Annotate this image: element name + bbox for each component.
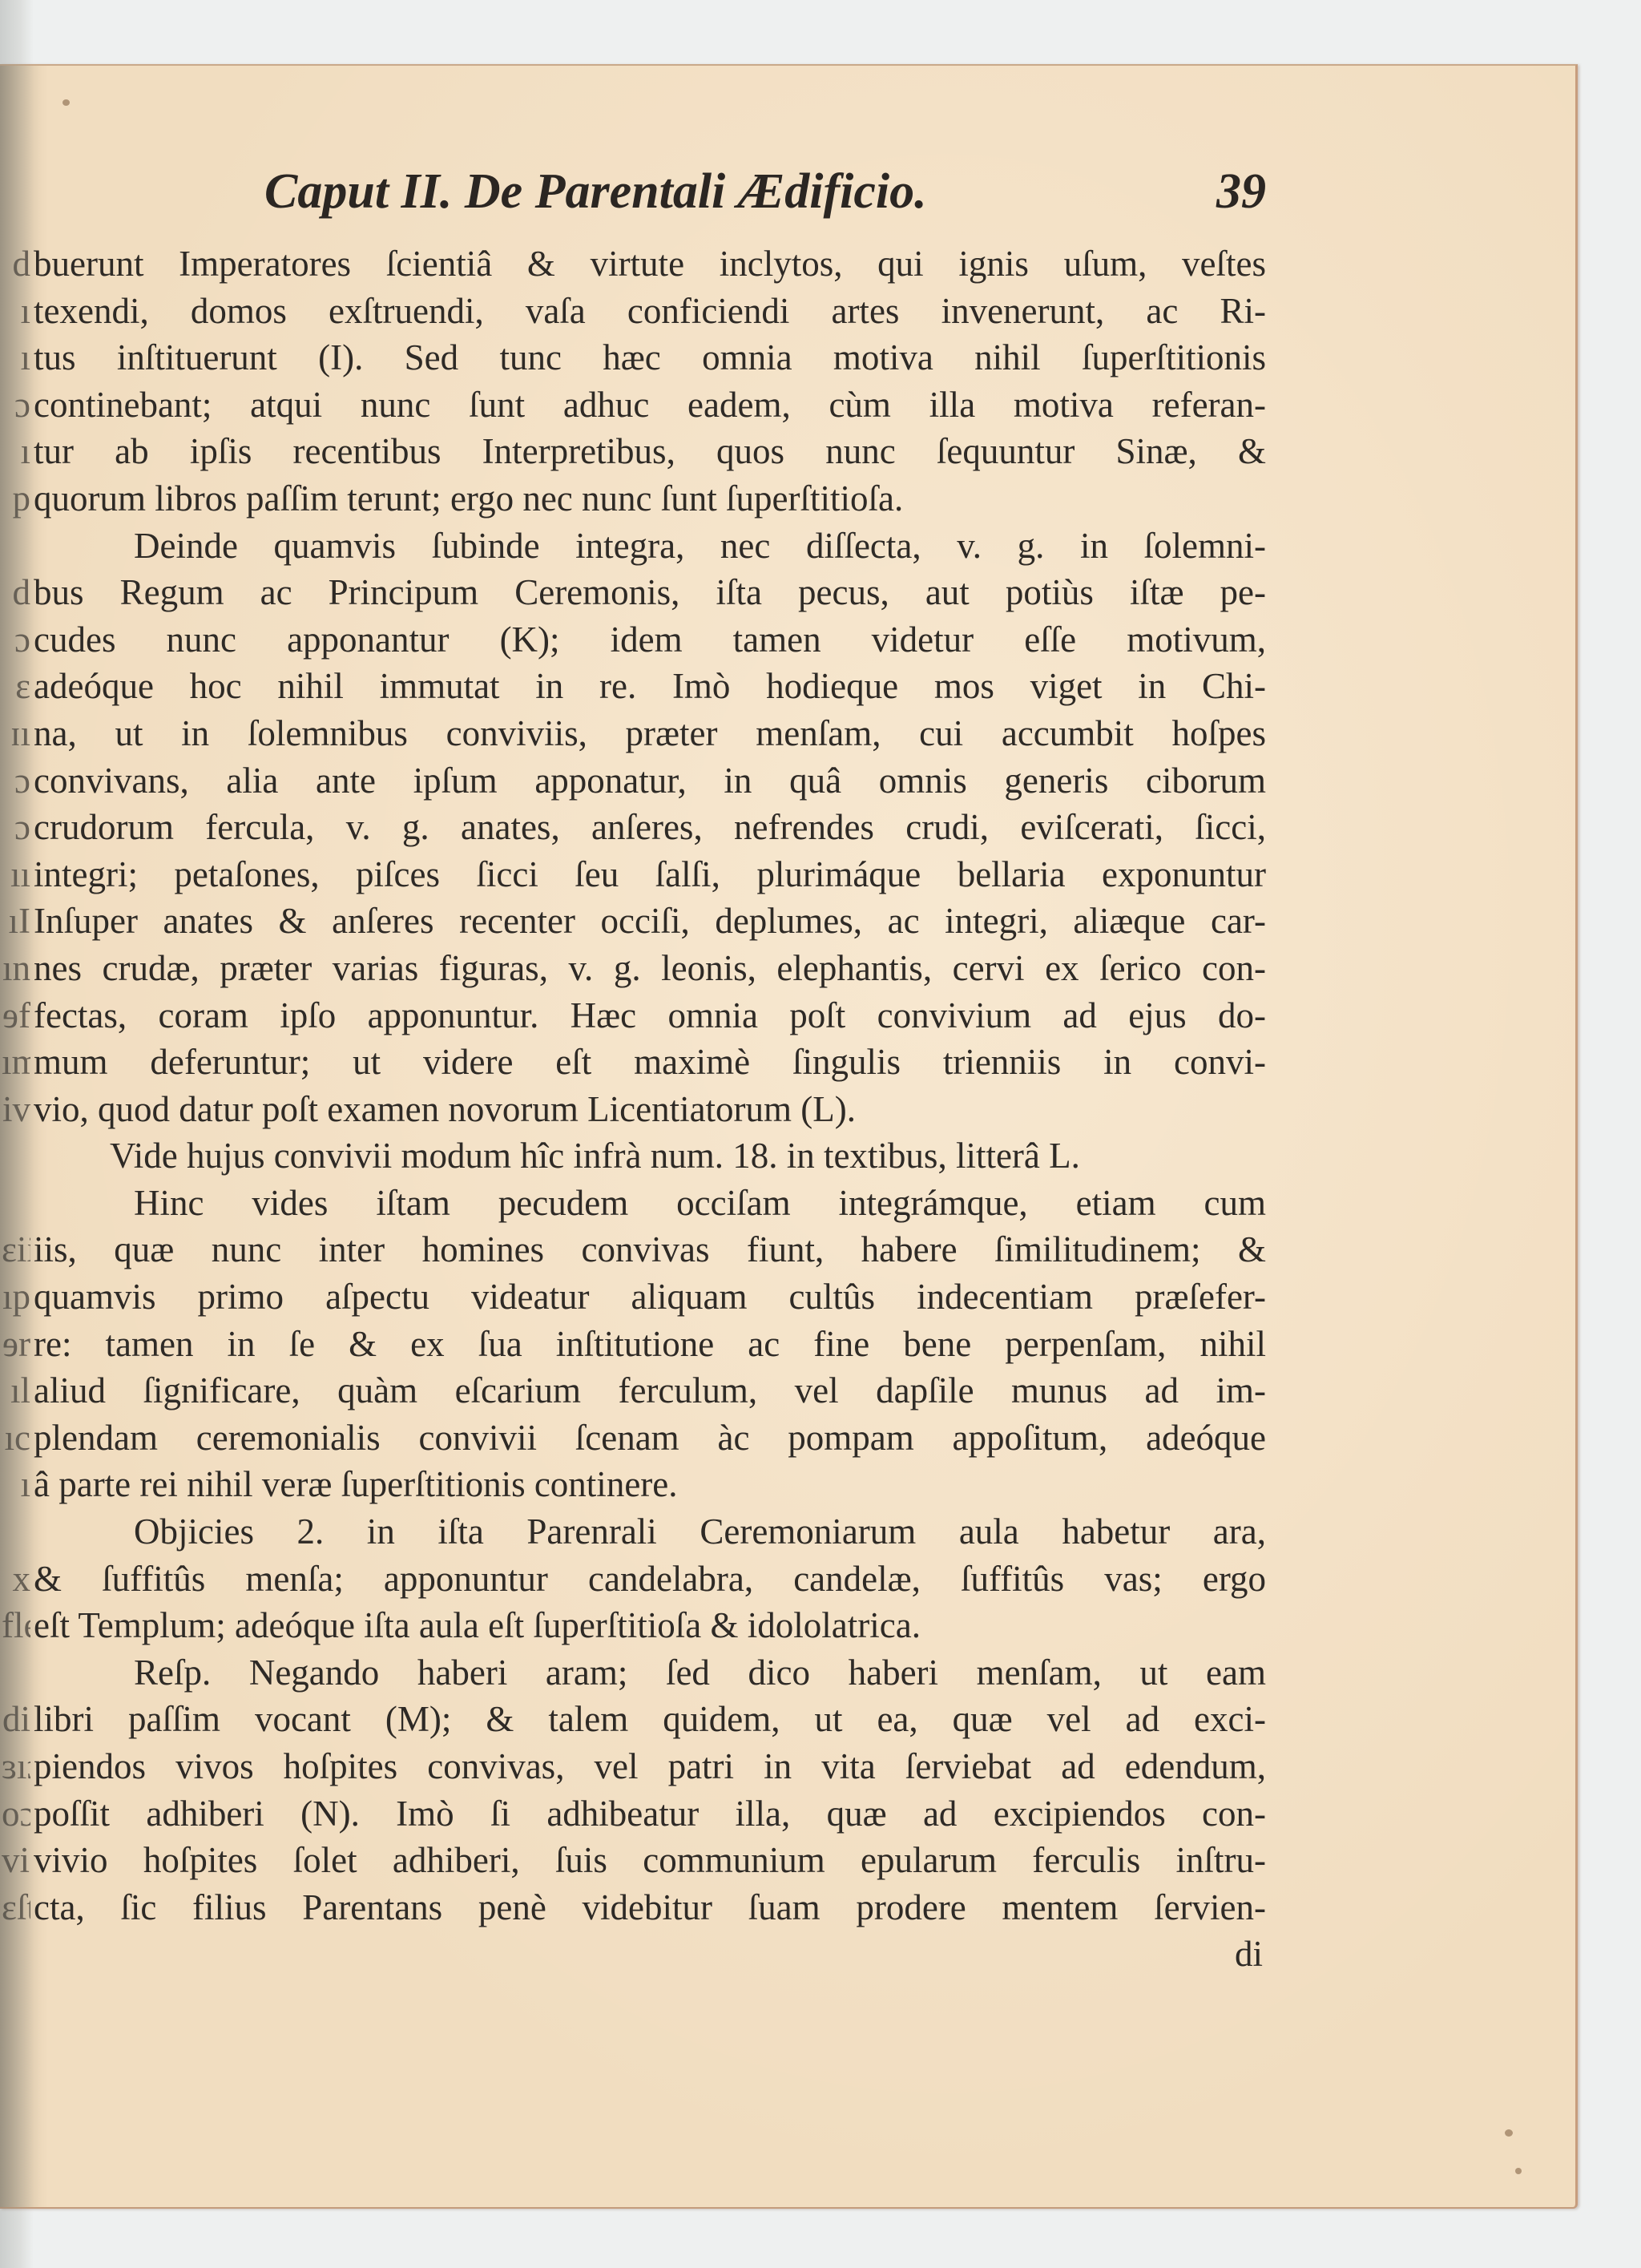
line-text: texendi, domos exſtruendi, vaſa conficie… — [34, 288, 1266, 335]
facing-page-fragment: ɔ — [2, 757, 30, 805]
facing-page-fragment: ıI — [2, 898, 30, 945]
facing-page-fragment: ɔ — [2, 804, 30, 851]
facing-page-fragment: di — [2, 1696, 30, 1743]
text-line: ııintegri; petaſones, piſces ſicci ſeu ſ… — [34, 851, 1266, 898]
line-text: mum deferuntur; ut videre eſt maximè ſin… — [34, 1039, 1266, 1086]
text-line: ɔcudes nunc apponantur (K); idem tamen v… — [34, 616, 1266, 664]
line-text: poſſit adhiberi (N). Imò ſi adhibeatur i… — [34, 1790, 1266, 1838]
text-line: Vide hujus convivii modum hîc infrà num.… — [34, 1132, 1266, 1180]
facing-page-fragment: ɘf — [2, 992, 30, 1039]
line-text: â parte rei nihil veræ ſuperſtitionis co… — [34, 1461, 678, 1508]
line-text: vio, quod datur poſt examen novorum Lice… — [34, 1086, 856, 1133]
line-text: tus inſtituerunt (I). Sed tunc hæc omnia… — [34, 334, 1266, 381]
body-text: dbuerunt Imperatores ſcientiâ & virtute … — [34, 240, 1266, 1978]
facing-page-fragment: ɛſt — [2, 1884, 30, 1931]
foxing-spot — [1505, 2129, 1513, 2137]
text-line: Objicies 2. in iſta Parenrali Ceremoniar… — [34, 1508, 1266, 1556]
text-line: ıpquamvis primo aſpectu videatur aliquam… — [34, 1273, 1266, 1321]
text-line: ɛiiiiis, quæ nunc inter homines convivas… — [34, 1226, 1266, 1273]
line-text: piendos vivos hoſpites convivas, vel pat… — [34, 1743, 1266, 1790]
line-text: quorum libros paſſim terunt; ergo nec nu… — [34, 475, 903, 523]
facing-page-fragment: d — [2, 240, 30, 288]
facing-page-fragment: ı — [2, 428, 30, 475]
text-line: ıtus inſtituerunt (I). Sed tunc hæc omni… — [34, 334, 1266, 381]
line-text: nes crudæ, præter varias figuras, v. g. … — [34, 945, 1266, 992]
line-text: cudes nunc apponantur (K); idem tamen vi… — [34, 616, 1266, 664]
line-text: fectas, coram ipſo apponuntur. Hæc omnia… — [34, 992, 1266, 1039]
facing-page-fragment: fle — [2, 1602, 30, 1649]
facing-page-fragment: ɜıɔ — [2, 1743, 30, 1790]
line-text: eſt Templum; adeóque iſta aula eſt ſuper… — [34, 1602, 921, 1649]
text-line: Hinc vides iſtam pecudem occiſam integrá… — [34, 1180, 1266, 1227]
line-text: plendam ceremonialis convivii ſcenam àc … — [34, 1414, 1266, 1462]
catchword: di — [34, 1931, 1266, 1978]
text-line: ɘffectas, coram ipſo apponuntur. Hæc omn… — [34, 992, 1266, 1039]
foxing-spot — [62, 99, 70, 106]
facing-page-fragment: ıp — [2, 1273, 30, 1321]
facing-page-fragment: iv — [2, 1086, 30, 1133]
line-text: re: tamen in ſe & ex ſua inſtitutione ac… — [34, 1321, 1266, 1368]
facing-page-fragment: ı — [2, 288, 30, 335]
line-text: cta, ſic filius Parentans penè videbitur… — [34, 1884, 1266, 1931]
line-text: Objicies 2. in iſta Parenrali Ceremoniar… — [134, 1508, 1266, 1556]
line-text: vivio hoſpites ſolet adhiberi, ſuis comm… — [34, 1837, 1266, 1884]
text-line: ıtexendi, domos exſtruendi, vaſa confici… — [34, 288, 1266, 335]
text-line: Reſp. Negando haberi aram; ſed dico habe… — [34, 1649, 1266, 1697]
running-header: Caput II. De Parentali Ædificio. 39 — [264, 155, 1266, 228]
text-line: ɔcontinebant; atqui nunc ſunt adhuc eade… — [34, 381, 1266, 429]
text-line: dilibri paſſim vocant (M); & talem quide… — [34, 1696, 1266, 1743]
text-line: ɛſtcta, ſic filius Parentans penè videbi… — [34, 1884, 1266, 1931]
facing-page-fragment: ın — [2, 945, 30, 992]
line-text: adeóque hoc nihil immutat in re. Imò hod… — [34, 663, 1266, 710]
text-line: ıtur ab ipſis recentibus Interpretibus, … — [34, 428, 1266, 475]
line-text: Hinc vides iſtam pecudem occiſam integrá… — [134, 1180, 1266, 1227]
foxing-spot — [1515, 2168, 1522, 2174]
facing-page-fragment: x — [2, 1556, 30, 1603]
text-line: dbus Regum ac Principum Ceremonis, iſta … — [34, 569, 1266, 616]
line-text: Vide hujus convivii modum hîc infrà num.… — [110, 1132, 1080, 1180]
line-text: bus Regum ac Principum Ceremonis, iſta p… — [34, 569, 1266, 616]
facing-page-fragment: ı — [2, 334, 30, 381]
text-line: ɛadeóque hoc nihil immutat in re. Imò ho… — [34, 663, 1266, 710]
text-line: ıcplendam ceremonialis convivii ſcenam à… — [34, 1414, 1266, 1462]
running-title: Caput II. De Parentali Ædificio. — [264, 155, 927, 228]
line-text: Reſp. Negando haberi aram; ſed dico habe… — [134, 1649, 1266, 1697]
facing-page-fragment: ı — [2, 1461, 30, 1508]
line-text: quamvis primo aſpectu videatur aliquam c… — [34, 1273, 1266, 1321]
text-line: x& ſuffitûs menſa; apponuntur candelabra… — [34, 1556, 1266, 1603]
facing-page-fragment: vi' — [2, 1837, 30, 1884]
line-text: iis, quæ nunc inter homines convivas fiu… — [34, 1226, 1266, 1273]
page-number: 39 — [1216, 155, 1266, 228]
text-line: vi'vivio hoſpites ſolet adhiberi, ſuis c… — [34, 1837, 1266, 1884]
facing-page-fragment: ım — [2, 1039, 30, 1086]
text-line: ɔcrudorum fercula, v. g. anates, anſeres… — [34, 804, 1266, 851]
text-line: ıIInſuper anates & anſeres recenter occi… — [34, 898, 1266, 945]
line-text: convivans, alia ante ipſum apponatur, in… — [34, 757, 1266, 805]
line-text: libri paſſim vocant (M); & talem quidem,… — [34, 1696, 1266, 1743]
book-page: Caput II. De Parentali Ædificio. 39 dbue… — [0, 64, 1578, 2209]
facing-page-fragment: oɔ — [2, 1790, 30, 1838]
facing-page-fragment: ɛiii — [2, 1226, 30, 1273]
line-text: tur ab ipſis recentibus Interpretibus, q… — [34, 428, 1266, 475]
text-line: oɔpoſſit adhiberi (N). Imò ſi adhibeatur… — [34, 1790, 1266, 1838]
catchword-text: di — [34, 1931, 1266, 1978]
facing-page-fragment: ɛ — [2, 663, 30, 710]
line-text: buerunt Imperatores ſcientiâ & virtute i… — [34, 240, 1266, 288]
line-text: crudorum fercula, v. g. anates, anſeres,… — [34, 804, 1266, 851]
line-text: na, ut in ſolemnibus conviviis, præter m… — [34, 710, 1266, 757]
text-line: dbuerunt Imperatores ſcientiâ & virtute … — [34, 240, 1266, 288]
facing-page-fragment: d — [2, 569, 30, 616]
facing-page-fragment: p — [2, 475, 30, 523]
text-line: ɘrre: tamen in ſe & ex ſua inſtitutione … — [34, 1321, 1266, 1368]
line-text: integri; petaſones, piſces ſicci ſeu ſal… — [34, 851, 1266, 898]
facing-page-fragment: ɘr — [2, 1321, 30, 1368]
facing-page-fragment: ıı — [2, 851, 30, 898]
text-line: ivvio, quod datur poſt examen novorum Li… — [34, 1086, 1266, 1133]
text-line: ɔconvivans, alia ante ipſum apponatur, i… — [34, 757, 1266, 805]
text-line: fleeſt Templum; adeóque iſta aula eſt ſu… — [34, 1602, 1266, 1649]
line-text: Inſuper anates & anſeres recenter occiſi… — [34, 898, 1266, 945]
facing-page-fragment: ɔ — [2, 381, 30, 429]
facing-page-fragment: ɪı — [2, 710, 30, 757]
line-text: Deinde quamvis ſubinde integra, nec diſſ… — [134, 523, 1266, 570]
line-text: aliud ſignificare, quàm eſcarium ferculu… — [34, 1367, 1266, 1414]
line-text: & ſuffitûs menſa; apponuntur candelabra,… — [34, 1556, 1266, 1603]
text-line: ıâ parte rei nihil veræ ſuperſtitionis c… — [34, 1461, 1266, 1508]
text-line: ınnes crudæ, præter varias figuras, v. g… — [34, 945, 1266, 992]
text-line: Deinde quamvis ſubinde integra, nec diſſ… — [34, 523, 1266, 570]
text-line: ılaliud ſignificare, quàm eſcarium fercu… — [34, 1367, 1266, 1414]
text-line: ımmum deferuntur; ut videre eſt maximè ſ… — [34, 1039, 1266, 1086]
line-text: continebant; atqui nunc ſunt adhuc eadem… — [34, 381, 1266, 429]
facing-page-fragment: ıc — [2, 1414, 30, 1462]
text-line: ɜıɔpiendos vivos hoſpites convivas, vel … — [34, 1743, 1266, 1790]
facing-page-fragment: ɔ — [2, 616, 30, 664]
text-line: ɪına, ut in ſolemnibus conviviis, præter… — [34, 710, 1266, 757]
facing-page-fragment: ıl — [2, 1367, 30, 1414]
text-line: pquorum libros paſſim terunt; ergo nec n… — [34, 475, 1266, 523]
